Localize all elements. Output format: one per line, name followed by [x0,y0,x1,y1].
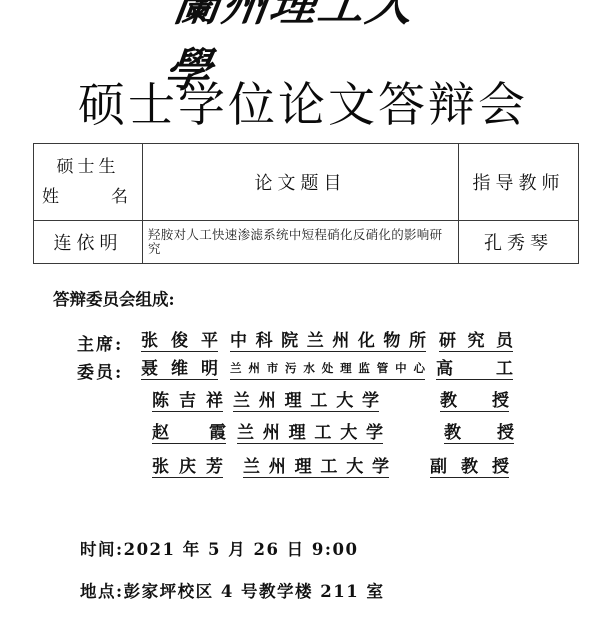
member-title: 副 教 授 [430,456,509,478]
advisor-cell: 孔秀琴 [459,221,579,264]
member-label: 委员: [77,358,123,383]
student-name-cell: 连依明 [34,221,143,264]
header-thesis-title: 论文题目 [143,144,459,221]
header-student-line2-right: 名 [111,182,132,212]
member-organization: 兰 州 市 污 水 处 理 监 管 中 心 [230,358,425,380]
thesis-info-table: 硕士生 姓 名 论文题目 指导教师 连依明 羟胺对人工快速渗滤系统中短程硝化反硝… [33,143,579,264]
header-student-name: 硕士生 姓 名 [34,144,143,221]
university-logo: 蘭州理工大學 [166,2,445,66]
thesis-title-cell: 羟胺对人工快速渗滤系统中短程硝化反硝化的影响研究 [143,221,459,264]
header-student-line1: 硕士生 [34,152,142,182]
defense-location: 地点:彭家坪校区 4 号教学楼 211 室 [80,578,385,602]
member-name: 陈 吉 祥 [152,390,223,412]
member-organization: 兰 州 理 工 大 学 [237,422,383,444]
committee-section-label: 答辩委员会组成: [53,286,175,310]
chair-organization: 中 科 院 兰 州 化 物 所 [230,330,426,352]
chair-label: 主席: [77,330,123,355]
chair-name: 张 俊 平 [141,330,218,352]
header-student-line2-left: 姓 [42,182,63,212]
header-advisor: 指导教师 [459,144,579,221]
member-name: 赵 霞 [152,422,226,444]
member-title: 高 工 [436,358,513,380]
member-name: 张 庆 芳 [152,456,223,478]
member-organization: 兰 州 理 工 大 学 [233,390,379,412]
member-name: 聂 维 明 [141,358,218,380]
page-title: 硕士学位论文答辩会 [78,76,528,136]
member-title: 教 授 [444,422,514,444]
table-row: 连依明 羟胺对人工快速渗滤系统中短程硝化反硝化的影响研究 孔秀琴 [34,221,579,264]
table-header-row: 硕士生 姓 名 论文题目 指导教师 [34,144,579,221]
chair-title: 研 究 员 [439,330,513,352]
member-organization: 兰 州 理 工 大 学 [243,456,389,478]
member-title: 教 授 [440,390,509,412]
defense-time: 时间:2021 年 5 月 26 日 9:00 [80,536,358,560]
